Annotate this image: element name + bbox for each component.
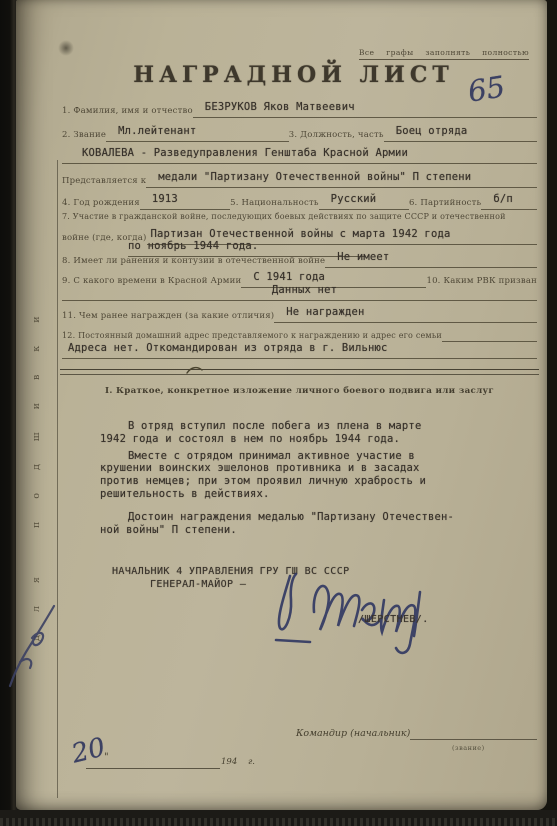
previous-awards-label: 11. Чем ранее награжден (за какие отличи… [62, 311, 274, 323]
birth-year-value: 1913 [152, 193, 178, 205]
signer-rank: ГЕНЕРАЛ-МАЙОР — [150, 579, 246, 590]
war-participation-label-line1: 7. Участие в гражданской войне, последую… [62, 212, 537, 223]
wounds-row: 8. Имеет ли ранения и контузии в отечест… [62, 253, 537, 268]
field-unit-row: КОВАЛЕВА - Разведуправления Генштаба Кра… [62, 143, 537, 164]
feat-line: решительность в действиях. [100, 488, 472, 501]
birth-year-label: 4. Год рождения [62, 198, 140, 210]
wounds-value: Не имеет [337, 251, 389, 263]
home-address-value: Адреса нет. Откомандирован из отряда в г… [68, 342, 388, 354]
drafted-by-value-row: Данных нет [62, 286, 537, 301]
nationality-label: 5. Национальность [230, 198, 319, 210]
home-address-value-row: Адреса нет. Откомандирован из отряда в г… [62, 343, 537, 359]
party-value: б/п [493, 193, 513, 205]
feat-line: Достоин награждения медалью "Партизану О… [100, 511, 472, 524]
section-divider [60, 369, 539, 375]
divider-tick-mark [185, 364, 205, 376]
margin-scribble [2, 598, 64, 710]
rank-label: 2. Звание [62, 130, 106, 142]
field-birth-nationality-party-row: 4. Год рождения 1913 5. Национальность Р… [62, 189, 537, 210]
printed-year-suffix: г. [248, 757, 255, 767]
name-value: БЕЗРУКОВ Яков Матвеевич [205, 101, 355, 113]
signature-autograph [262, 548, 442, 660]
feat-description: В отряд вступил после побега из плена в … [100, 420, 472, 536]
rank-value: Мл.лейтенант [118, 125, 196, 137]
commander-label: Командир (начальник) [296, 728, 410, 740]
signer-surname: /ШЕРСТНЕВ/. [358, 614, 429, 625]
position-label: 3. Должность, часть [289, 130, 384, 142]
date-blank-line [86, 754, 220, 769]
unit-value: КОВАЛЕВА - Разведуправления Генштаба Кра… [82, 147, 408, 159]
fill-all-fields-note: Все графы заполнять полностью [359, 48, 529, 60]
position-value: Боец отряда [396, 125, 468, 137]
drafted-by-value: Данных нет [272, 284, 337, 296]
field-name-row: 1. Фамилия, имя и отчество БЕЗРУКОВ Яков… [62, 97, 537, 118]
feat-line: 1942 года и состоял в нем по ноябрь 1944… [100, 433, 472, 446]
feat-line: крушении воинских эшелонов противника и … [100, 462, 472, 475]
printed-year-prefix: 194 [221, 757, 237, 767]
previous-awards-value: Не награжден [286, 306, 364, 318]
feat-line: В отряд вступил после побега из плена в … [100, 420, 472, 433]
film-edge-band [0, 810, 557, 818]
name-label: 1. Фамилия, имя и отчество [62, 106, 193, 118]
award-value: медали "Партизану Отечественной войны" П… [158, 171, 471, 183]
party-label: 6. Партийность [409, 198, 481, 210]
war-participation-value-line2: по ноябрь 1944 года. [128, 240, 258, 252]
field-award-row: Представляется к медали "Партизану Отече… [62, 167, 537, 188]
page-title: НАГРАДНОЙ ЛИСТ [60, 62, 527, 88]
presented-for-label: Представляется к [62, 176, 146, 188]
film-sprocket-edge [0, 818, 557, 826]
field-rank-position-row: 2. Звание Мл.лейтенант 3. Должность, час… [62, 121, 537, 142]
feat-line: Вместе с отрядом принимал активное участ… [100, 450, 472, 463]
previous-awards-row: 11. Чем ранее награжден (за какие отличи… [62, 305, 537, 323]
ink-smudge [58, 40, 74, 56]
feat-line: ной войны" П степени. [100, 524, 472, 537]
rank-hint-label: (звание) [452, 744, 485, 752]
feat-section-heading: I. Краткое, конкретное изложение личного… [62, 386, 537, 396]
nationality-value: Русский [331, 193, 377, 205]
feat-line: против немцев; при этом проявил личную х… [100, 475, 472, 488]
commander-signature-row: Командир (начальник) [296, 728, 537, 740]
document-photo: Все графы заполнять полностью НАГРАДНОЙ … [0, 0, 557, 826]
